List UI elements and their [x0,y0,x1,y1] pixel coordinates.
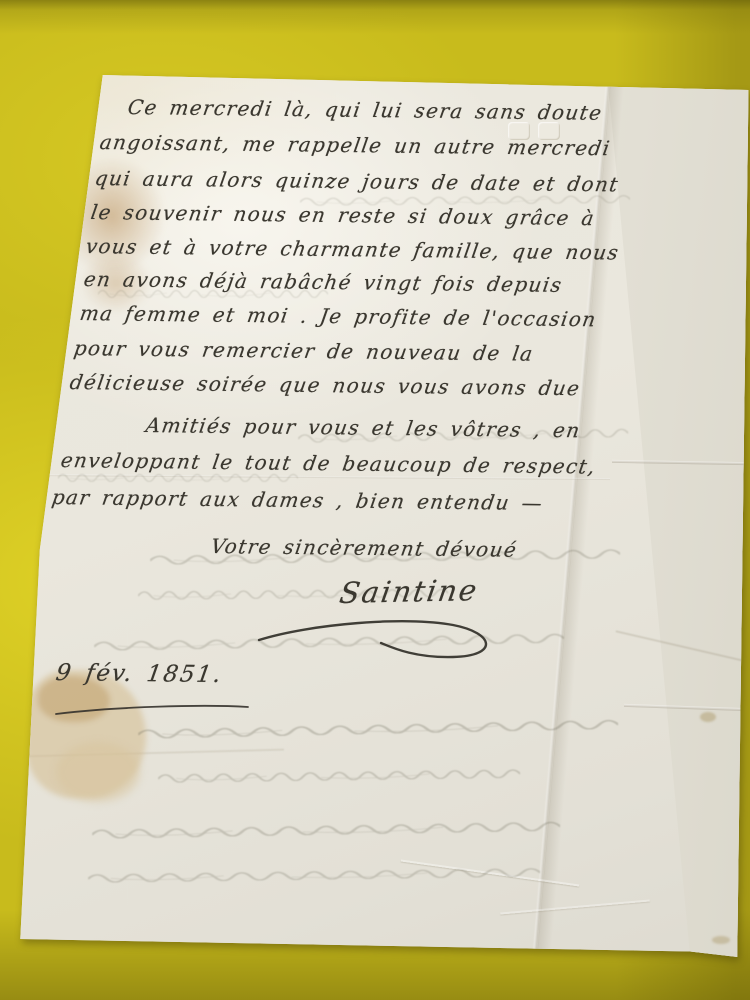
letter-line: Ce mercredi là, qui lui sera sans doute [126,94,604,126]
photo-of-handwritten-letter: Ce mercredi là, qui lui sera sans doute … [0,0,750,1000]
letter-line: ma femme et moi . Je profite de l'occasi… [78,300,599,332]
paper-sheet-wrapper: Ce mercredi là, qui lui sera sans doute … [0,0,750,1000]
date-underline-flourish [52,698,252,720]
letter-line: qui aura alors quinze jours de date et d… [93,165,621,197]
letter-line: délicieuse soirée que nous vous avons du… [68,369,582,401]
bleed-through-line [158,763,520,783]
letter-line: par rapport aux dames , bien entendu — [50,484,545,516]
signature-flourish [255,610,505,670]
letter-line: Amitiés pour vous et les vôtres , en [144,412,583,443]
letter-paper-sheet: Ce mercredi là, qui lui sera sans doute … [0,0,750,1000]
bottom-crumple-crease-2 [500,899,650,914]
letter-closing: Votre sincèrement dévoué [209,533,519,563]
signature: Saintine [338,577,480,606]
lower-left-crease [24,749,284,758]
bleed-through-line [92,815,560,839]
letter-line: le souvenir nous en reste si doux grâce … [89,199,597,231]
letter-line: angoissant, me rappelle un autre mercred… [98,129,613,161]
tan-spot-lower-left [56,742,140,802]
date-line: 9 fév. 1851. [54,660,224,688]
tape-stain-left [26,670,146,798]
letter-line: pour vous remercier de nouveau de la [72,335,536,367]
letter-line: vous et à votre charmante famille, que n… [84,233,621,266]
bleed-through-line [88,862,540,883]
